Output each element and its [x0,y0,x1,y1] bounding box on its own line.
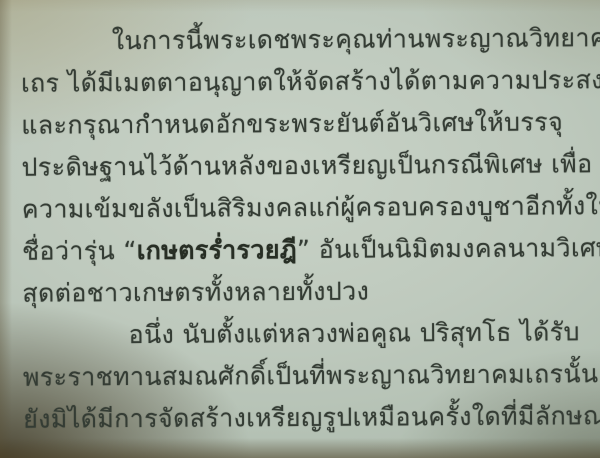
text-line-2: เถร ได้มีเมตตาอนุญาตให้จัดสร้างได้ตามควา… [21,60,585,105]
text-line-1: ในการนี้พระเดชพระคุณท่านพระญาณวิทยาคม [21,18,585,63]
text-line-3: และกรุณากำหนดอักขระพระยันต์อันวิเศษให้บร… [21,102,585,147]
text-line-10: ยังมิได้มีการจัดสร้างเหรียญรูปเหมือนครั้… [23,396,587,441]
amulet-series-name: เกษตรร่ำรวยฎี [137,235,297,265]
photo-of-printed-page: ในการนี้พระเดชพระคุณท่านพระญาณวิทยาคม เถ… [0,0,600,458]
line-6-suffix: ” อันเป็นนิมิตมงคลนามวิเศษสูง [297,233,600,264]
text-line-9: พระราชทานสมณศักดิ์เป็นที่พระญาณวิทยาคมเถ… [23,354,587,399]
text-line-7: สุดต่อชาวเกษตรทั้งหลายทั้งปวง [22,270,586,315]
line-6-prefix: ชื่อว่ารุ่น “ [22,236,137,266]
text-line-4: ประดิษฐานไว้ด้านหลังของเหรียญเป็นกรณีพิเ… [21,144,585,189]
text-line-8: อนึ่ง นับตั้งแต่หลวงพ่อคูณ ปริสุทโธ ได้ร… [23,312,587,357]
document-text: ในการนี้พระเดชพระคุณท่านพระญาณวิทยาคม เถ… [21,18,588,441]
text-line-5: ความเข้มขลังเป็นสิริมงคลแก่ผู้ครอบครองบู… [22,186,586,231]
text-line-6: ชื่อว่ารุ่น “เกษตรร่ำรวยฎี” อันเป็นนิมิต… [22,228,586,273]
